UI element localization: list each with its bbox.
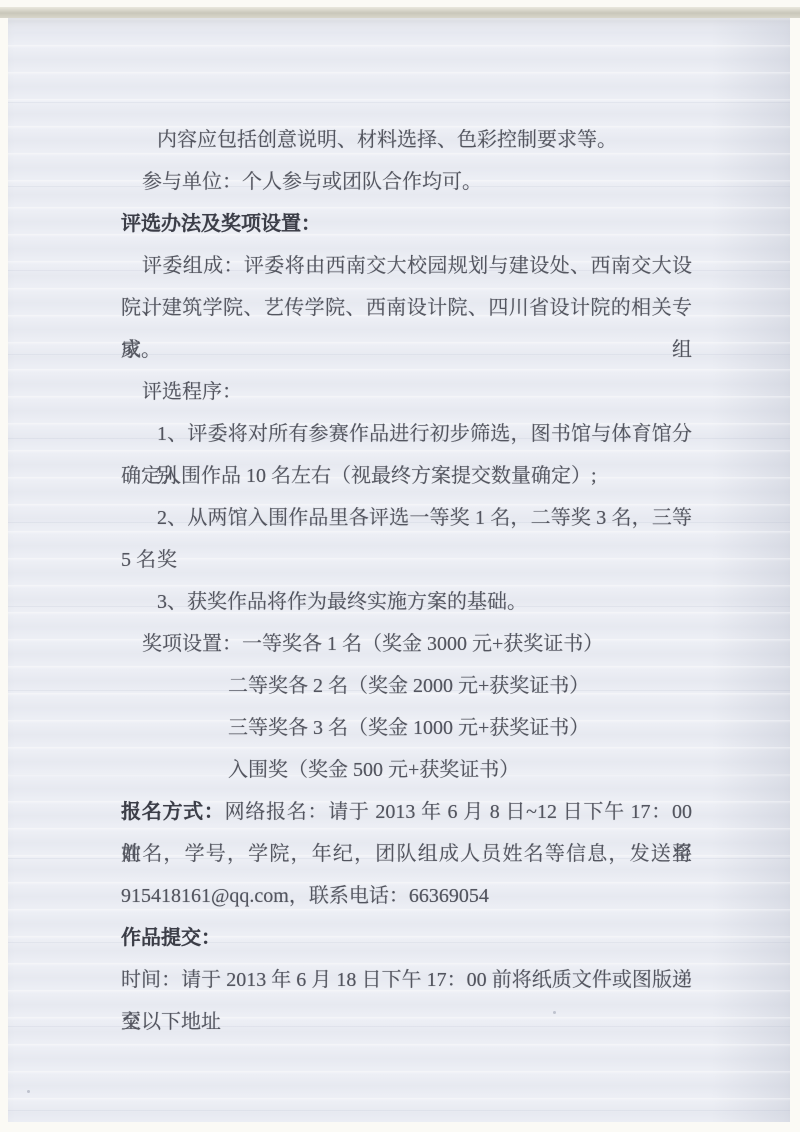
line-submission-time: 时间：请于 2013 年 6 月 18 日下午 17：00 前将纸质文件或图版递… [121, 959, 692, 1001]
line-submission-address: 至以下地址 [121, 1001, 790, 1043]
line-jury-composition-1: 评委组成：评委将由西南交大校园规划与建设处、西南交大设计 [142, 245, 692, 287]
line-participation-unit: 参与单位：个人参与或团队合作均可。 [142, 161, 790, 203]
line-jury-composition-2: 院、建筑学院、艺传学院、西南设计院、四川省设计院的相关专家组 [121, 287, 692, 329]
line-award-third-prize: 三等奖各 3 名（奖金 1000 元+获奖证书） [228, 707, 790, 749]
heading-selection-and-awards: 评选办法及奖项设置： [121, 203, 790, 245]
line-procedure-item3: 3、获奖作品将作为最终实施方案的基础。 [157, 581, 790, 623]
line-registration-info: 姓名，学号，学院，年纪，团队组成人员姓名等信息，发送至 [121, 833, 692, 875]
line-procedure-item2a: 2、从两馆入围作品里各评选一等奖 1 名，二等奖 3 名，三等奖 [157, 497, 692, 539]
line-award-finalist: 入围奖（奖金 500 元+获奖证书） [228, 749, 790, 791]
line-award-second-prize: 二等奖各 2 名（奖金 2000 元+获奖证书） [228, 665, 790, 707]
scanner-edge-band [0, 7, 800, 18]
scan-speck [27, 1090, 30, 1093]
registration-method-label: 报名方式： [121, 801, 225, 823]
line-registration-contact: 915418161@qq.com，联系电话：66369054 [121, 875, 790, 917]
line-selection-procedure: 评选程序： [142, 371, 790, 413]
line-award-first-prize: 奖项设置：一等奖各 1 名（奖金 3000 元+获奖证书） [142, 623, 790, 665]
line-registration-method: 报名方式：网络报名：请于 2013 年 6 月 8 日~12 日下午 17：00… [121, 791, 692, 833]
line-content-requirements: 内容应包括创意说明、材料选择、色彩控制要求等。 [157, 119, 790, 161]
line-procedure-item1b: 确定入围作品 10 名左右（视最终方案提交数量确定）; [121, 455, 790, 497]
heading-work-submission: 作品提交： [121, 917, 790, 959]
page-content: 内容应包括创意说明、材料选择、色彩控制要求等。 参与单位：个人参与或团队合作均可… [8, 119, 790, 1043]
line-procedure-item1a: 1、评委将对所有参赛作品进行初步筛选，图书馆与体育馆分别 [157, 413, 692, 455]
line-procedure-item2b: 5 名 [121, 539, 790, 581]
document-page: 内容应包括创意说明、材料选择、色彩控制要求等。 参与单位：个人参与或团队合作均可… [8, 18, 790, 1122]
scan-speck [553, 1011, 556, 1014]
